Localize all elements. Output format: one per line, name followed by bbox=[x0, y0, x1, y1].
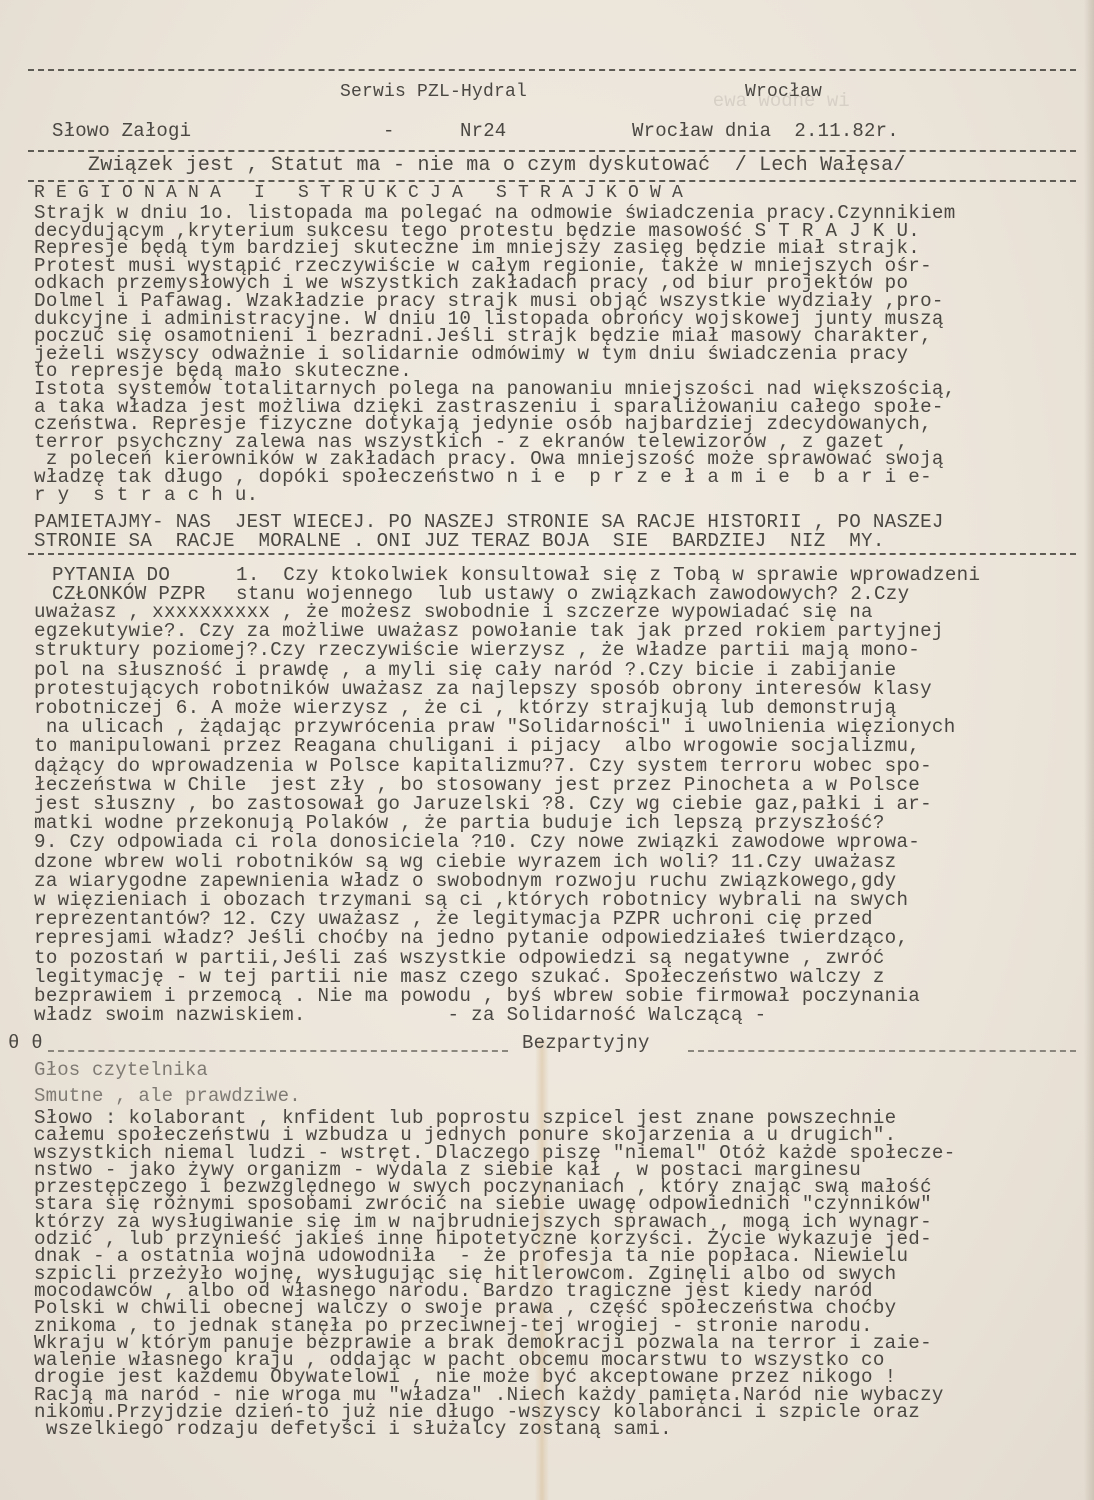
bulletin-title: Słowo Załogi bbox=[52, 120, 191, 142]
text-line: r y s t r a c h u. bbox=[34, 487, 956, 505]
motto-rule bbox=[28, 180, 1076, 182]
masthead-city: Wrocław bbox=[745, 82, 822, 102]
text-line: represjami władz? Jeśli choćby na jedno … bbox=[34, 929, 956, 948]
section-rule-right bbox=[688, 1050, 1076, 1052]
reader-voice-subheading: Smutne , ale prawdziwe. bbox=[34, 1085, 301, 1107]
issue-date: Wrocław dnia 2.11.82r. bbox=[632, 120, 899, 142]
issue-number: Nr24 bbox=[460, 120, 506, 142]
top-rule bbox=[28, 69, 1076, 71]
reader-voice-heading: Głos czytelnika bbox=[34, 1059, 208, 1081]
reader-voice-body: Słowo : kolaborant , knfident lub popros… bbox=[34, 1110, 956, 1439]
pzpr-label: PYTANIA DOCZŁONKÓW PZPR bbox=[52, 566, 206, 603]
text-line: 9. Czy odpowiada ci rola donosiciela ?10… bbox=[34, 833, 956, 852]
article-strike-body: Strajk w dniu 1o. listopada ma polegać n… bbox=[34, 205, 956, 504]
section-rule bbox=[28, 553, 1076, 555]
masthead-separator: - bbox=[383, 120, 395, 142]
section-rule-left bbox=[48, 1050, 508, 1052]
text-line: 1. Czy ktokolwiek konsultował się z Tobą… bbox=[236, 566, 980, 585]
pzpr-question-1: 1. Czy ktokolwiek konsultował się z Tobą… bbox=[236, 566, 980, 603]
signature: Bezpartyjny bbox=[522, 1032, 650, 1054]
text-line: PYTANIA DO bbox=[52, 566, 206, 585]
pzpr-questions-body: uważasz , xxxxxxxxxx , że możesz swobodn… bbox=[34, 603, 956, 1025]
paper-edge bbox=[1084, 0, 1094, 1500]
rule-prefix-mark: θ θ bbox=[8, 1032, 43, 1054]
text-line: wszelkiego rodzaju defetyści i służalcy … bbox=[34, 1421, 956, 1438]
text-line: struktury poziomej?.Czy rzeczywiście wie… bbox=[34, 641, 956, 660]
masthead-rule bbox=[28, 150, 1076, 152]
text-line: dzone wbrew woli robotników są wg ciebie… bbox=[34, 853, 956, 872]
motto-quote: Związek jest , Statut ma - nie ma o czym… bbox=[88, 154, 906, 177]
masthead-org: Serwis PZL-Hydral bbox=[340, 82, 527, 102]
text-line: to pozostań w partii,Jeśli zaś wszystkie… bbox=[34, 949, 956, 968]
text-line: pol na słuszność i prawdę , a myli się c… bbox=[34, 661, 956, 680]
article-heading-strike: REGIONANA I STRUKCJA STRAJKOWA bbox=[34, 183, 694, 203]
text-line: STRONIE SA RACJE MORALNE . ONI JUZ TERAZ… bbox=[34, 532, 944, 551]
slogan-block: PAMIETAJMY- NAS JEST WIECEJ. PO NASZEJ S… bbox=[34, 513, 944, 551]
text-line: dążący do wprowadzenia w Polsce kapitali… bbox=[34, 757, 956, 776]
text-line: władz swoim nazwiskiem. - za Solidarność… bbox=[34, 1006, 956, 1025]
text-line: to manipulowani przez Reagana chuligani … bbox=[34, 737, 956, 756]
